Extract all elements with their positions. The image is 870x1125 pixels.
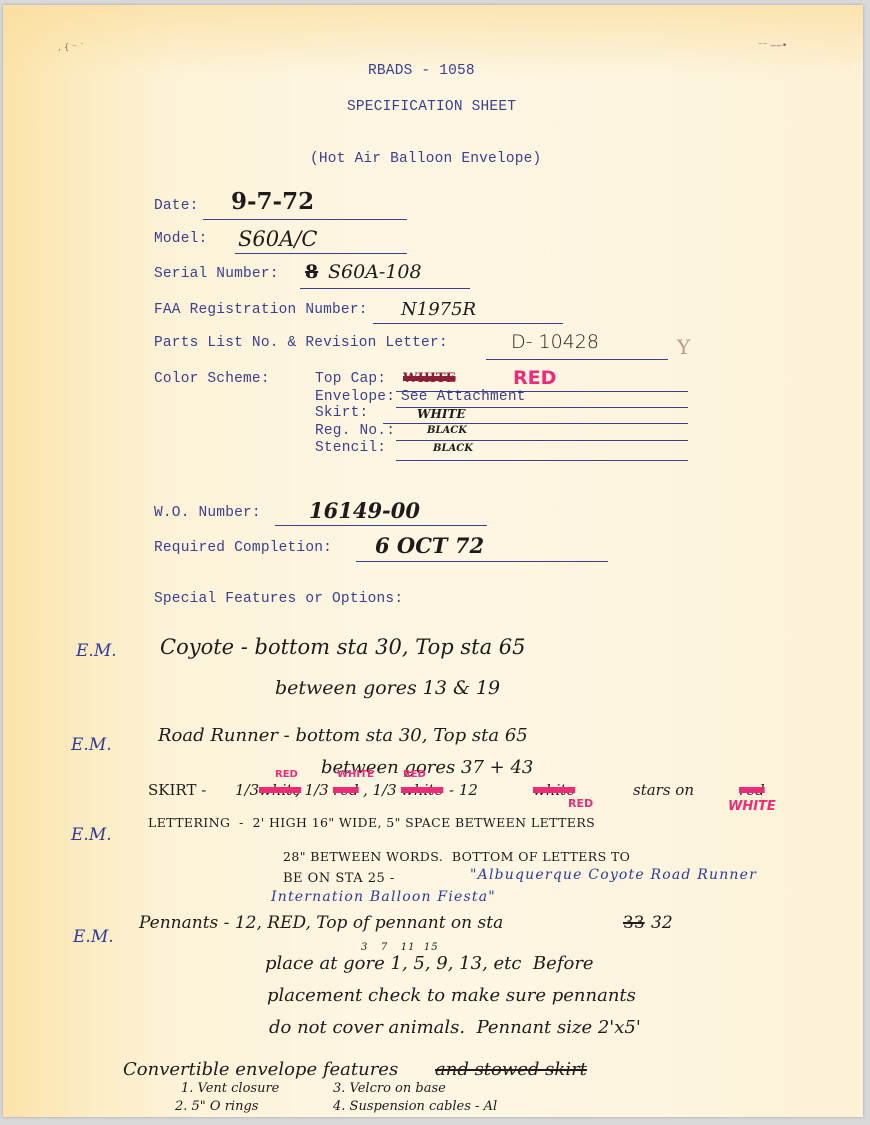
date-label: Date: (154, 198, 199, 214)
pennants-line-3: placement check to make sure pennants (267, 985, 636, 1006)
lettering-line-3-prefix: BE ON STA 25 - (283, 871, 395, 886)
skirt-note-seg2: , 1/3 (295, 781, 329, 799)
pennants-station: 32 (651, 913, 673, 933)
model-underline (235, 253, 407, 254)
skirt-note-seg2-new: WHITE (337, 769, 374, 780)
model-value: S60A/C (238, 227, 317, 251)
convertible-heading: Convertible envelope features (123, 1059, 398, 1080)
skirt-note-seg5-struck: red (739, 781, 765, 799)
special-features-label: Special Features or Options: (154, 591, 403, 607)
required-completion-label: Required Completion: (154, 540, 332, 556)
serial-number-value: S60A-108 (328, 261, 422, 283)
pennants-struck-station: 33 (623, 913, 645, 933)
stencil-value: BLACK (433, 443, 473, 454)
wo-number-value: 16149-00 (309, 498, 420, 523)
required-completion-underline (356, 561, 608, 562)
parts-list-value: D- 10428 (511, 331, 599, 353)
wo-number-label: W.O. Number: (154, 505, 261, 521)
lettering-quote-line-1: "Albuquerque Coyote Road Runner (470, 867, 757, 883)
reg-no-value: BLACK (427, 425, 467, 436)
paper-mark-right: ⁻⁻ ‒‒• (758, 41, 787, 51)
paper-mark-left: ‚ { ⁻ ˙ (58, 43, 84, 53)
serial-number-struck: 8 (305, 261, 318, 283)
skirt-note-seg3: , 1/3 (363, 781, 397, 799)
skirt-note-seg5: stars on (633, 781, 694, 799)
convertible-item-1: 1. Vent closure (181, 1081, 279, 1096)
skirt-note-seg1-new: RED (275, 769, 298, 780)
skirt-note-seg2-struck: red (333, 781, 359, 799)
skirt-note-prefix: SKIRT - (148, 781, 206, 799)
lettering-line-1: LETTERING - 2' HIGH 16" WIDE, 5" SPACE B… (148, 815, 595, 830)
convertible-item-2: 2. 5" O rings (175, 1099, 258, 1114)
pennants-line-2: place at gore 1, 5, 9, 13, etc Before (265, 953, 594, 974)
coyote-line-1: Coyote - bottom sta 30, Top sta 65 (160, 635, 525, 659)
pennants-initials: E.M. (73, 927, 114, 947)
required-completion-value: 6 OCT 72 (375, 533, 484, 558)
serial-number-label: Serial Number: (154, 266, 279, 282)
convertible-item-4: 4. Suspension cables - Al (333, 1099, 497, 1114)
wo-number-underline (275, 525, 487, 526)
skirt-note-seg3-struck: white (401, 781, 443, 799)
reg-no-label: Reg. No.: (315, 423, 395, 439)
coyote-line-2: between gores 13 & 19 (275, 677, 500, 699)
lettering-line-2: 28" BETWEEN WORDS. BOTTOM OF LETTERS TO (283, 849, 630, 864)
lettering-initials: E.M. (71, 825, 112, 845)
skirt-value: WHITE (417, 407, 466, 421)
faa-registration-underline (373, 323, 563, 324)
skirt-note-seg5-new: WHITE (728, 799, 776, 814)
specification-sheet-page: ‚ { ⁻ ˙ ⁻⁻ ‒‒• RBADS - 1058 SPECIFICATIO… (3, 5, 863, 1117)
road-runner-initials: E.M. (71, 735, 112, 755)
parts-list-underline (486, 359, 668, 360)
color-scheme-label: Color Scheme: (154, 371, 270, 387)
envelope-value: See Attachment (401, 389, 526, 405)
coyote-initials: E.M. (76, 641, 117, 661)
parts-list-margin-mark: Y (677, 335, 690, 359)
skirt-label: Skirt: (315, 405, 368, 421)
stencil-underline (396, 460, 688, 461)
top-cap-value: RED (513, 367, 556, 389)
stencil-label: Stencil: (315, 440, 386, 456)
serial-number-underline (300, 288, 470, 289)
top-cap-label: Top Cap: (315, 371, 386, 387)
document-id: RBADS - 1058 (368, 63, 475, 79)
pennants-line-4: do not cover animals. Pennant size 2'x5' (269, 1017, 641, 1038)
skirt-underline (383, 423, 688, 424)
parts-list-label: Parts List No. & Revision Letter: (154, 335, 448, 351)
road-runner-line-1: Road Runner - bottom sta 30, Top sta 65 (158, 725, 528, 746)
envelope-label: Envelope: (315, 389, 395, 405)
pennants-gore-corrections: 3 7 11 15 (361, 942, 439, 953)
model-label: Model: (154, 231, 207, 247)
pennants-line-1a: Pennants - 12, RED, Top of pennant on st… (139, 913, 503, 933)
reg-no-underline (396, 440, 688, 441)
convertible-heading-struck: and stowed skirt (435, 1059, 587, 1080)
skirt-note-seg4: - 12 (449, 781, 478, 799)
faa-registration-value: N1975R (401, 299, 476, 320)
skirt-note-seg4-new: RED (568, 797, 593, 810)
convertible-item-3: 3. Velcro on base (333, 1081, 446, 1096)
document-subtitle: (Hot Air Balloon Envelope) (310, 151, 541, 167)
skirt-note-seg3-new: RED (403, 769, 426, 780)
lettering-quote-line-2: Internation Balloon Fiesta" (271, 889, 496, 905)
top-cap-struck: WHITE (403, 371, 456, 386)
faa-registration-label: FAA Registration Number: (154, 302, 368, 318)
date-underline (203, 219, 407, 220)
date-value: 9-7-72 (231, 188, 314, 215)
skirt-note-seg1: 1/3 (235, 781, 259, 799)
document-title: SPECIFICATION SHEET (347, 99, 516, 115)
